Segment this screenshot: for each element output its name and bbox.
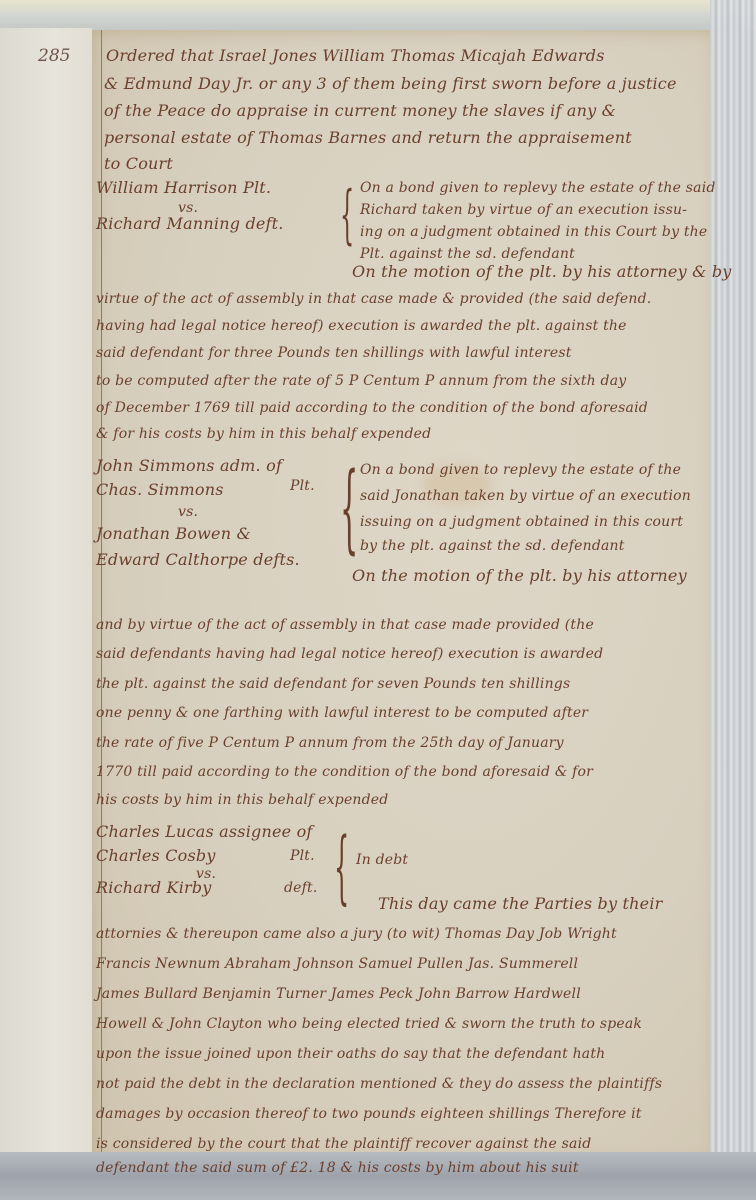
bracket-note-line: Richard taken by virtue of an execution … <box>360 202 687 218</box>
text-line: James Bullard Benjamin Turner James Peck… <box>96 986 581 1002</box>
case-defendant-line: Jonathan Bowen & <box>96 524 251 543</box>
text-line: to be computed after the rate of 5 P Cen… <box>96 373 626 389</box>
case-defendant: Richard Manning deft. <box>96 214 284 233</box>
text-line: of December 1769 till paid according to … <box>96 400 648 416</box>
case-defendant-role: deft. <box>284 880 318 896</box>
text-line: This day came the Parties by their <box>378 894 663 913</box>
page-number: 285 <box>38 46 70 66</box>
text-line: is considered by the court that the plai… <box>96 1136 591 1152</box>
plastic-sleeve-edge <box>710 0 756 1200</box>
text-line: his costs by him in this behalf expended <box>96 792 388 808</box>
bracket-note-line: ing on a judgment obtained in this Court… <box>360 224 707 240</box>
text-line: to Court <box>104 154 173 173</box>
text-line: On the motion of the plt. by his attorne… <box>352 566 687 585</box>
text-line: Howell & John Clayton who being elected … <box>96 1016 642 1032</box>
text-line: virtue of the act of assembly in that ca… <box>96 291 651 307</box>
text-line: defendant the said sum of £2. 18 & his c… <box>96 1160 579 1176</box>
bracket-brace: { <box>340 178 354 252</box>
text-line: said defendants having had legal notice … <box>96 646 603 662</box>
bracket-note-line: Plt. against the sd. defendant <box>360 246 575 262</box>
case-plaintiff-line: Chas. Simmons <box>96 480 224 499</box>
text-line: On the motion of the plt. by his attorne… <box>352 262 732 281</box>
bracket-note-line: On a bond given to replevy the estate of… <box>360 462 681 478</box>
case-plaintiff-role: Plt. <box>290 478 315 494</box>
case-plaintiff-role: Plt. <box>290 848 315 864</box>
text-line: the rate of five P Centum P annum from t… <box>96 735 564 751</box>
text-line: 1770 till paid according to the conditio… <box>96 764 593 780</box>
text-line: one penny & one farthing with lawful int… <box>96 705 588 721</box>
bracket-note-line: by the plt. against the sd. defendant <box>360 538 625 554</box>
facing-page-margin <box>0 28 92 1158</box>
case-defendant-line: Richard Kirby <box>96 878 212 897</box>
plastic-sleeve-top <box>0 0 756 30</box>
text-line: & for his costs by him in this behalf ex… <box>96 426 431 442</box>
bracket-note-line: On a bond given to replevy the estate of… <box>360 180 716 196</box>
case-plaintiff-line: John Simmons adm. of <box>96 456 282 475</box>
text-line: said defendant for three Pounds ten shil… <box>96 345 572 361</box>
case-action: In debt <box>356 852 408 868</box>
text-line: the plt. against the said defendant for … <box>96 676 570 692</box>
text-line: & Edmund Day Jr. or any 3 of them being … <box>104 74 677 93</box>
text-line: not paid the debt in the declaration men… <box>96 1076 662 1092</box>
text-line: having had legal notice hereof) executio… <box>96 318 627 334</box>
text-line: upon the issue joined upon their oaths d… <box>96 1046 605 1062</box>
case-versus: vs. <box>178 504 198 520</box>
case-plaintiff-line: Charles Cosby <box>96 846 216 865</box>
bracket-brace: { <box>340 452 358 564</box>
case-plaintiff-line: Charles Lucas assignee of <box>96 822 313 841</box>
text-line: attornies & thereupon came also a jury (… <box>96 926 617 942</box>
bracket-note-line: issuing on a judgment obtained in this c… <box>360 514 683 530</box>
case-plaintiff: William Harrison Plt. <box>96 178 271 197</box>
text-line: Francis Newnum Abraham Johnson Samuel Pu… <box>96 956 578 972</box>
text-line: of the Peace do appraise in current mone… <box>104 101 616 120</box>
text-line: personal estate of Thomas Barnes and ret… <box>104 128 632 147</box>
case-defendant-line: Edward Calthorpe defts. <box>96 550 300 569</box>
bracket-brace: { <box>334 820 349 913</box>
bracket-note-line: said Jonathan taken by virtue of an exec… <box>360 488 691 504</box>
text-line: Ordered that Israel Jones William Thomas… <box>106 46 605 65</box>
text-line: damages by occasion thereof to two pound… <box>96 1106 642 1122</box>
text-line: and by virtue of the act of assembly in … <box>96 617 594 633</box>
